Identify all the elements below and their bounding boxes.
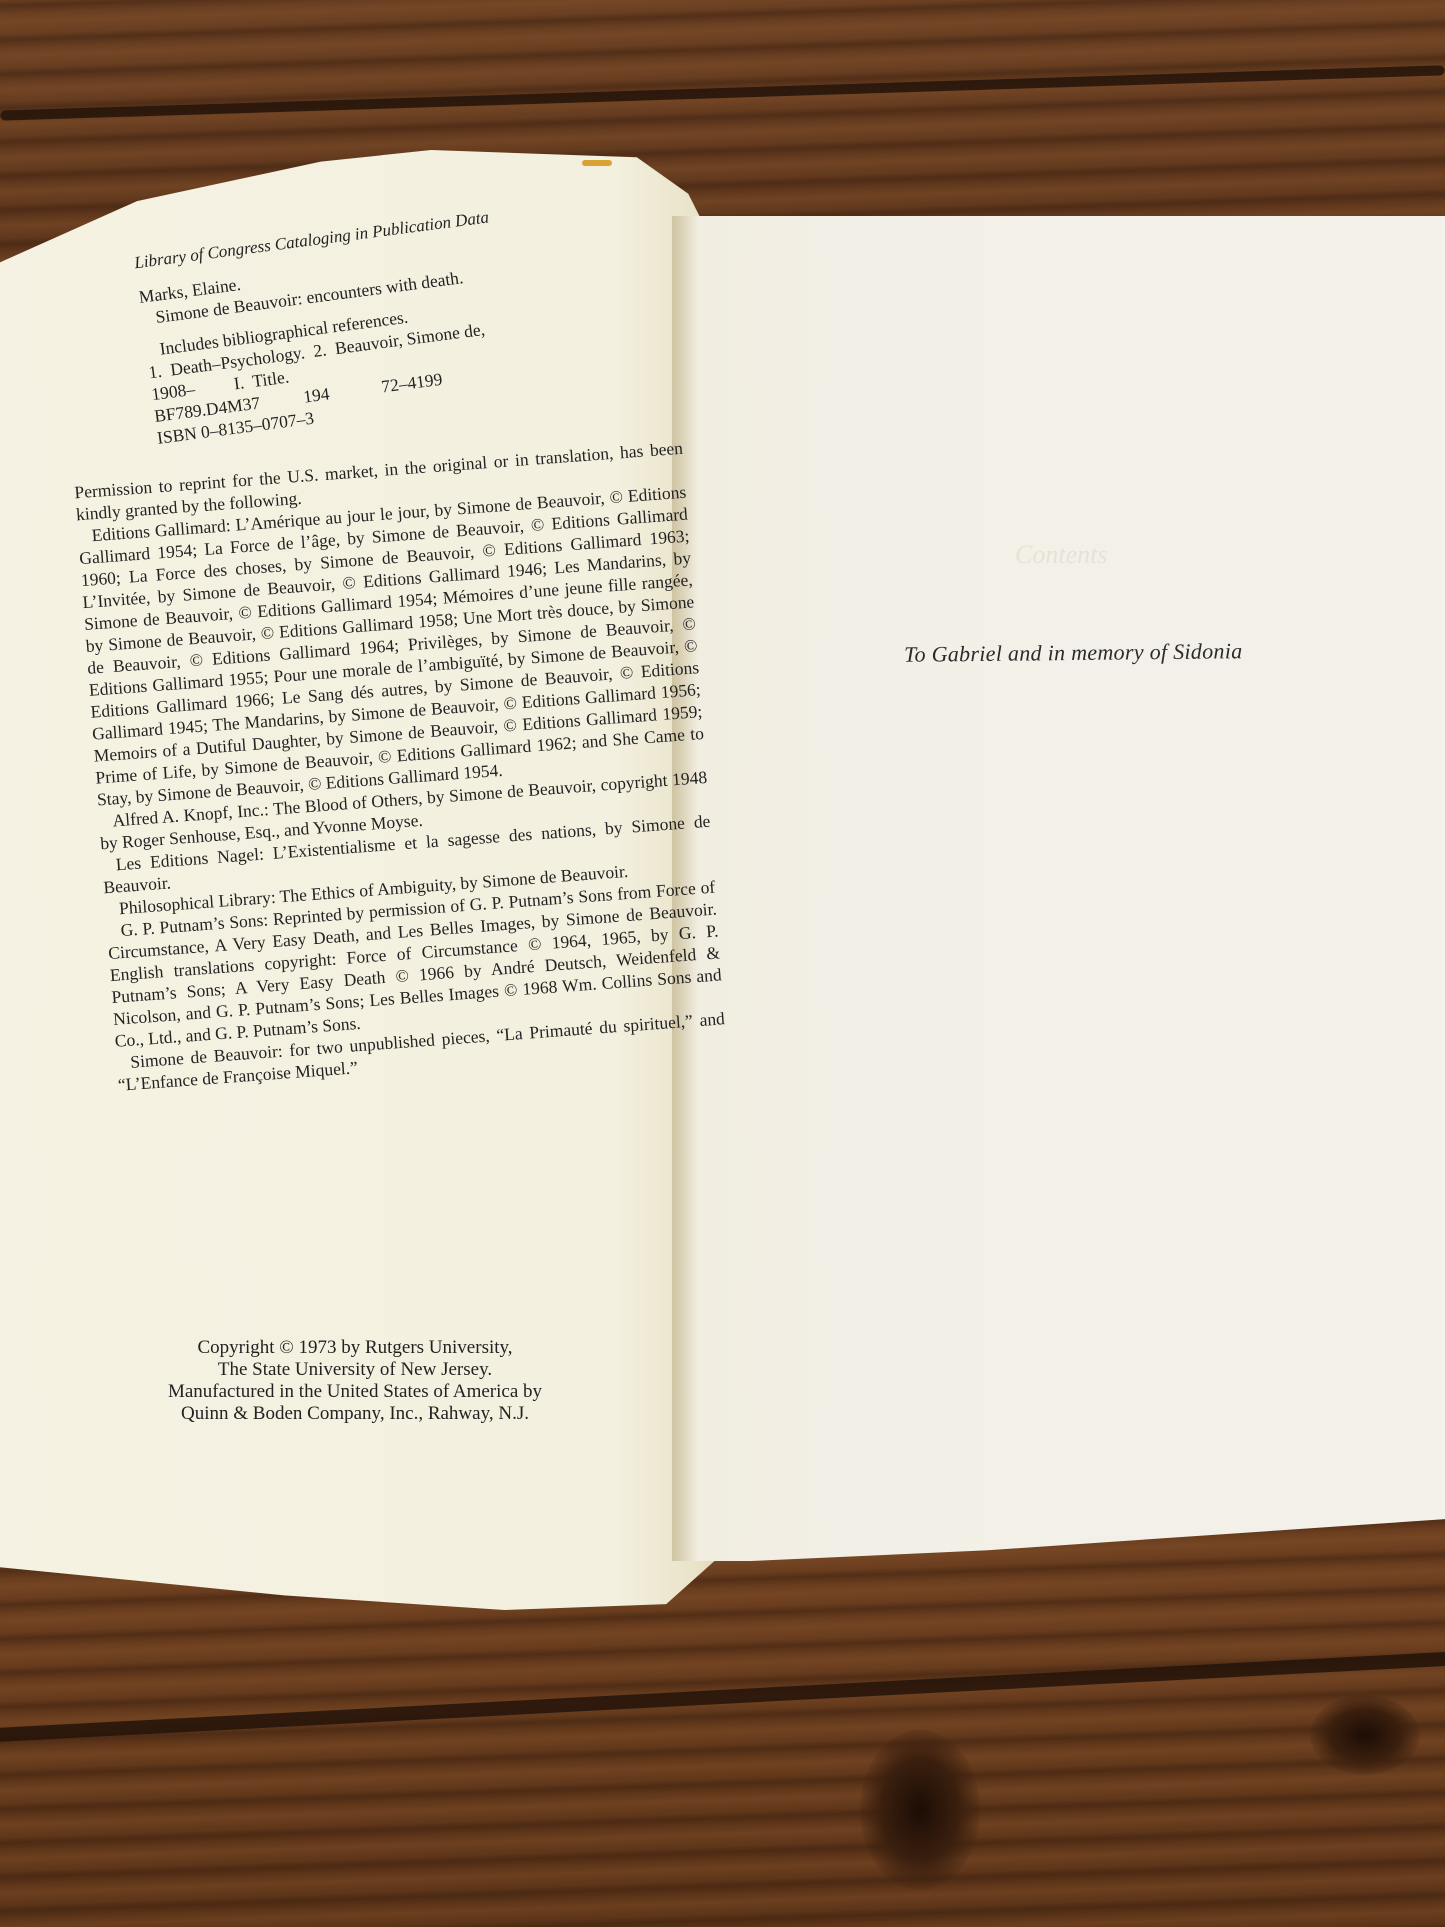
wood-crack	[0, 65, 1445, 120]
show-through-text: Contents	[1015, 540, 1107, 570]
copyright-page-body: Library of Congress Cataloging in Public…	[58, 223, 727, 1095]
permissions-block: Permission to reprint for the U.S. marke…	[74, 437, 727, 1096]
wood-knot	[1310, 1695, 1420, 1775]
copyright-line: Manufactured in the United States of Ame…	[135, 1381, 575, 1403]
gilt-edge	[582, 160, 612, 166]
right-page-dedication	[672, 216, 1445, 1561]
copyright-notice: Copyright © 1973 by Rutgers University, …	[135, 1337, 575, 1425]
dedication: To Gabriel and in memory of Sidonia	[904, 638, 1243, 668]
copyright-line: Quinn & Boden Company, Inc., Rahway, N.J…	[135, 1403, 575, 1425]
copyright-line: The State University of New Jersey.	[135, 1359, 575, 1381]
permission-gallimard: Editions Gallimard: L’Amérique au jour l…	[77, 481, 706, 811]
wood-knot	[860, 1730, 980, 1890]
copyright-line: Copyright © 1973 by Rutgers University,	[135, 1337, 575, 1359]
wood-crack	[0, 1651, 1445, 1742]
